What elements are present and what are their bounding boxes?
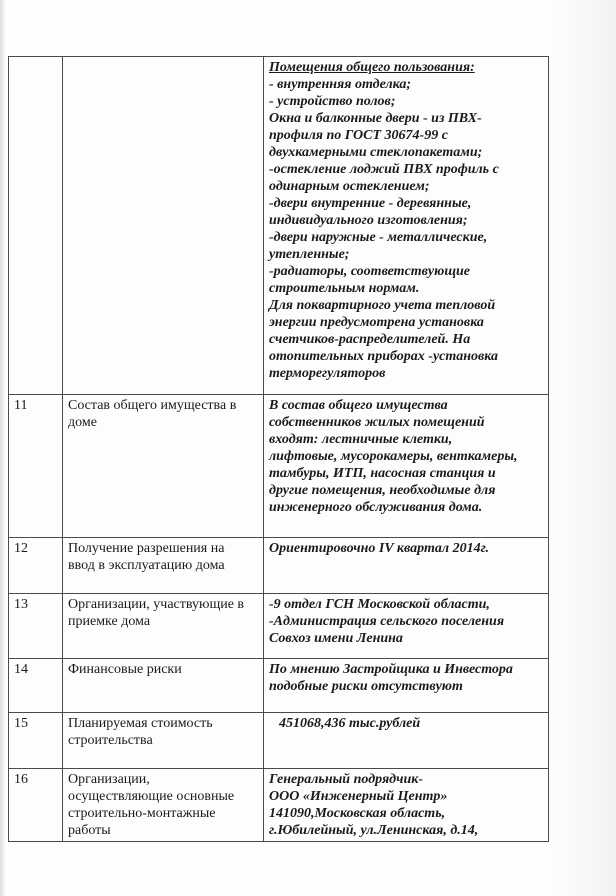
row-value: Генеральный подрядчик- ООО «Инженерный Ц…	[264, 769, 549, 842]
value-line: Для поквартирного учета тепловой	[269, 297, 544, 314]
value-line: По мнению Застройщика и Инвестора	[269, 661, 544, 678]
label-line: работы	[68, 822, 259, 839]
value-line: подобные риски отсутствуют	[269, 678, 544, 695]
label-line: Финансовые риски	[68, 661, 259, 678]
value-line: индивидуального изготовления;	[269, 212, 544, 229]
value-line: собственников жилых помещений	[269, 414, 544, 431]
value-line: Генеральный подрядчик-	[269, 771, 544, 788]
value-line: другие помещения, необходимые для	[269, 482, 544, 499]
value-line: счетчиков-распределителей. На	[269, 331, 544, 348]
value-line: инженерного обслуживания дома.	[269, 499, 544, 516]
row-number: 16	[9, 769, 63, 842]
table-row: 13 Организации, участвующие в приемке до…	[9, 594, 549, 659]
value-line: -9 отдел ГСН Московской области,	[269, 596, 544, 613]
row-label: Планируемая стоимость строительства	[63, 713, 264, 769]
label-line: Организации,	[68, 771, 259, 788]
row-value: По мнению Застройщика и Инвестора подобн…	[264, 659, 549, 713]
row-number: 14	[9, 659, 63, 713]
label-line: приемке дома	[68, 613, 259, 630]
common-areas-heading: Помещения общего пользования:	[269, 59, 544, 76]
row-number: 12	[9, 538, 63, 594]
row-number: 13	[9, 594, 63, 659]
value-line: утепленные;	[269, 246, 544, 263]
value-line: г.Юбилейный, ул.Ленинская, д.14,	[269, 822, 544, 839]
project-declaration-table: Помещения общего пользования: - внутренн…	[8, 56, 549, 842]
row-value: В состав общего имущества собственников …	[264, 395, 549, 538]
label-line: доме	[68, 414, 259, 431]
value-line: отопительных приборах -установка	[269, 348, 544, 365]
value-line: 141090,Московская область,	[269, 805, 544, 822]
row-value: -9 отдел ГСН Московской области, -Админи…	[264, 594, 549, 659]
value-line: В состав общего имущества	[269, 397, 544, 414]
value-line: Окна и балконные двери - из ПВХ-	[269, 110, 544, 127]
scan-edge-shadow-right	[556, 0, 616, 896]
label-line: осуществляющие основные	[68, 788, 259, 805]
row-label	[63, 57, 264, 395]
value-line: двухкамерными стеклопакетами;	[269, 144, 544, 161]
label-line: Состав общего имущества в	[68, 397, 259, 414]
value-line: профиля по ГОСТ 30674-99 с	[269, 127, 544, 144]
label-line: строительно-монтажные	[68, 805, 259, 822]
value-line: терморегуляторов	[269, 365, 544, 382]
row-number: 15	[9, 713, 63, 769]
table-row: 15 Планируемая стоимость строительства 4…	[9, 713, 549, 769]
scan-edge-shadow-left	[0, 0, 6, 896]
value-line: Совхоз имени Ленина	[269, 630, 544, 647]
row-label: Организации, осуществляющие основные стр…	[63, 769, 264, 842]
value-line: -двери наружные - металлические,	[269, 229, 544, 246]
row-value: Ориентировочно IV квартал 2014г.	[264, 538, 549, 594]
row-label: Финансовые риски	[63, 659, 264, 713]
row-label: Состав общего имущества в доме	[63, 395, 264, 538]
value-line: Ориентировочно IV квартал 2014г.	[269, 540, 544, 557]
row-value: 451068,436 тыс.рублей	[264, 713, 549, 769]
label-line: ввод в эксплуатацию дома	[68, 557, 259, 574]
value-line: лифтовые, мусорокамеры, венткамеры,	[269, 448, 544, 465]
table-row: 12 Получение разрешения на ввод в эксплу…	[9, 538, 549, 594]
value-line: - устройство полов;	[269, 93, 544, 110]
value-line: - внутренняя отделка;	[269, 76, 544, 93]
value-line: строительным нормам.	[269, 280, 544, 297]
value-line: ООО «Инженерный Центр»	[269, 788, 544, 805]
label-line: Планируемая стоимость	[68, 715, 259, 732]
table-row: 16 Организации, осуществляющие основные …	[9, 769, 549, 842]
value-line: одинарным остеклением;	[269, 178, 544, 195]
row-label: Получение разрешения на ввод в эксплуата…	[63, 538, 264, 594]
table-row: 14 Финансовые риски По мнению Застройщик…	[9, 659, 549, 713]
value-line: -остекление лоджий ПВХ профиль с	[269, 161, 544, 178]
value-line: -Администрация сельского поселения	[269, 613, 544, 630]
value-line: -двери внутренние - деревянные,	[269, 195, 544, 212]
row-number	[9, 57, 63, 395]
label-line: Организации, участвующие в	[68, 596, 259, 613]
value-line: -радиаторы, соответствующие	[269, 263, 544, 280]
value-line: тамбуры, ИТП, насосная станция и	[269, 465, 544, 482]
table-row: 11 Состав общего имущества в доме В сост…	[9, 395, 549, 538]
row-label: Организации, участвующие в приемке дома	[63, 594, 264, 659]
value-line: энергии предусмотрена установка	[269, 314, 544, 331]
row-value: Помещения общего пользования: - внутренн…	[264, 57, 549, 395]
table-row: Помещения общего пользования: - внутренн…	[9, 57, 549, 395]
label-line: Получение разрешения на	[68, 540, 259, 557]
value-line: входят: лестничные клетки,	[269, 431, 544, 448]
value-line: 451068,436 тыс.рублей	[269, 715, 544, 732]
row-number: 11	[9, 395, 63, 538]
label-line: строительства	[68, 732, 259, 749]
